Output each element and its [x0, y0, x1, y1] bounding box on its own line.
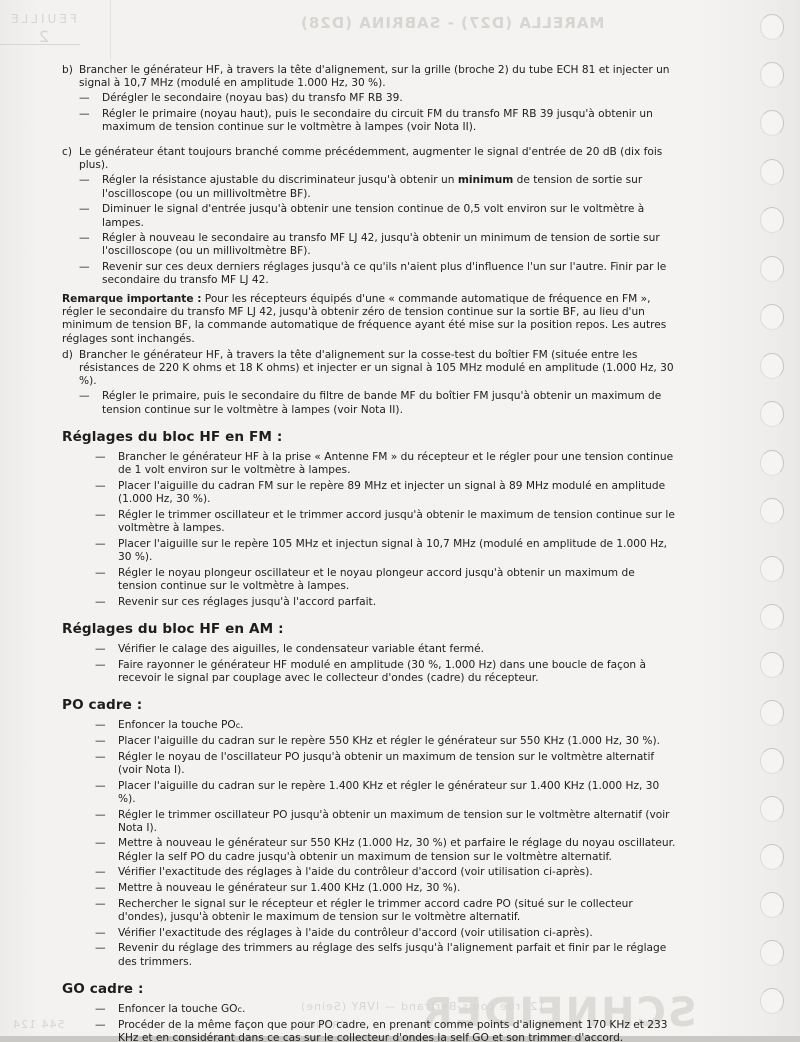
dash-bullet-icon: —	[79, 92, 90, 105]
step-text: Placer l'aiguille du cadran FM sur le re…	[118, 480, 665, 505]
dash-bullet-icon: —	[79, 232, 90, 245]
list-item: —Régler la résistance ajustable du discr…	[79, 174, 677, 200]
step-text: Régler le trimmer oscillateur PO jusqu'à…	[118, 809, 670, 834]
heading-po-cadre: PO cadre :	[62, 699, 677, 712]
dash-bullet-icon: —	[79, 203, 90, 216]
punch-hole-icon	[760, 892, 784, 918]
list-item: —Brancher le générateur HF à la prise « …	[95, 451, 677, 477]
list-item: —Régler le noyau plongeur oscillateur et…	[95, 567, 677, 593]
punch-hole-icon	[760, 14, 784, 40]
list-item: —Régler le noyau de l'oscillateur PO jus…	[95, 751, 677, 777]
list-item: —Régler le primaire (noyau haut), puis l…	[79, 108, 677, 134]
list-item: —Revenir du réglage des trimmers au régl…	[95, 942, 677, 968]
list-item: —Faire rayonner le générateur HF modulé …	[95, 659, 677, 685]
punch-hole-icon	[760, 159, 784, 185]
step-text: Régler le noyau de l'oscillateur PO jusq…	[118, 751, 654, 776]
list-item: —Enfoncer la touche GOc.	[95, 1003, 677, 1016]
list-item: —Régler le trimmer oscillateur PO jusqu'…	[95, 809, 677, 835]
step-text: Mettre à nouveau le générateur sur 550 K…	[118, 837, 675, 862]
section-d-letter: d)	[62, 349, 73, 362]
dash-bullet-icon: —	[95, 567, 106, 580]
heading-go-cadre: GO cadre :	[62, 983, 677, 996]
step-text: Placer l'aiguille sur le repère 105 MHz …	[118, 538, 667, 563]
list-item: —Placer l'aiguille sur le repère 105 MHz…	[95, 538, 677, 564]
section-d-text: Brancher le générateur HF, à travers la …	[79, 349, 674, 387]
dash-bullet-icon: —	[95, 643, 106, 656]
dash-bullet-icon: —	[95, 942, 106, 955]
list-item: —Mettre à nouveau le générateur sur 550 …	[95, 837, 677, 863]
section-b-letter: b)	[62, 64, 73, 77]
section-b: b) Brancher le générateur HF, à travers …	[62, 64, 677, 135]
go-cadre-steps: —Enfoncer la touche GOc. —Procéder de la…	[95, 1003, 677, 1042]
step-text: Revenir du réglage des trimmers au régla…	[118, 942, 666, 967]
dash-bullet-icon: —	[95, 451, 106, 464]
dash-bullet-icon: —	[95, 809, 106, 822]
step-text: Enfoncer la touche GO	[118, 1003, 238, 1015]
list-item: —Régler le trimmer oscillateur et le tri…	[95, 509, 677, 535]
list-item: —Enfoncer la touche POc.	[95, 719, 677, 732]
list-item: —Placer l'aiguille du cadran sur le repè…	[95, 735, 677, 748]
punch-hole-icon	[760, 988, 784, 1014]
punch-hole-icon	[760, 700, 784, 726]
punch-hole-icon	[760, 498, 784, 524]
list-item: —Diminuer le signal d'entrée jusqu'à obt…	[79, 203, 677, 229]
document-body: b) Brancher le générateur HF, à travers …	[62, 64, 677, 1042]
list-item: —Revenir sur ces réglages jusqu'à l'acco…	[95, 596, 677, 609]
section-c-steps: —Régler la résistance ajustable du discr…	[79, 174, 677, 287]
list-item: —Vérifier l'exactitude des réglages à l'…	[95, 866, 677, 879]
punch-hole-icon	[760, 556, 784, 582]
list-item: —Placer l'aiguille du cadran FM sur le r…	[95, 480, 677, 506]
step-text: Rechercher le signal sur le récepteur et…	[118, 898, 633, 923]
punch-hole-icon	[760, 604, 784, 630]
section-d-intro: d) Brancher le générateur HF, à travers …	[62, 349, 677, 389]
section-c: c) Le générateur étant toujours branché …	[62, 146, 677, 288]
dash-bullet-icon: —	[95, 596, 106, 609]
section-b-steps: —Dérégler le secondaire (noyau bas) du t…	[79, 92, 677, 134]
punch-hole-icon	[760, 401, 784, 427]
list-item: —Régler le primaire, puis le secondaire …	[79, 390, 677, 416]
list-item: —Procéder de la même façon que pour PO c…	[95, 1019, 677, 1042]
step-text: Mettre à nouveau le générateur sur 1.400…	[118, 882, 460, 894]
punch-hole-icon	[760, 62, 784, 88]
list-item: —Mettre à nouveau le générateur sur 1.40…	[95, 882, 677, 895]
binder-holes	[758, 0, 788, 1042]
punch-hole-icon	[760, 940, 784, 966]
step-text: Revenir sur ces deux derniers réglages j…	[102, 261, 666, 286]
show-through-ref: 544 124	[12, 1018, 65, 1031]
dash-bullet-icon: —	[95, 735, 106, 748]
dash-bullet-icon: —	[95, 837, 106, 850]
punch-hole-icon	[760, 652, 784, 678]
step-text: Vérifier l'exactitude des réglages à l'a…	[118, 927, 593, 939]
step-text: .	[242, 1003, 245, 1015]
step-text: Diminuer le signal d'entrée jusqu'à obte…	[102, 203, 644, 228]
step-text: Enfoncer la touche PO	[118, 719, 236, 731]
section-d: d) Brancher le générateur HF, à travers …	[62, 349, 677, 417]
show-through-header: MARELLA (D27) - SABRINA (D28)	[300, 14, 604, 32]
section-b-intro: b) Brancher le générateur HF, à travers …	[62, 64, 677, 90]
punch-hole-icon	[760, 748, 784, 774]
emphasis-text: minimum	[458, 174, 513, 186]
list-item: —Régler à nouveau le secondaire au trans…	[79, 232, 677, 258]
dash-bullet-icon: —	[95, 1019, 106, 1032]
dash-bullet-icon: —	[95, 719, 106, 732]
step-text: Régler la résistance ajustable du discri…	[102, 174, 458, 186]
list-item: —Vérifier le calage des aiguilles, le co…	[95, 643, 677, 656]
punch-hole-icon	[760, 304, 784, 330]
section-c-text: Le générateur étant toujours branché com…	[79, 146, 662, 171]
dash-bullet-icon: —	[95, 480, 106, 493]
punch-hole-icon	[760, 844, 784, 870]
punch-hole-icon	[760, 256, 784, 282]
section-b-text: Brancher le générateur HF, à travers la …	[79, 64, 670, 89]
remarque-paragraph: Remarque importante : Pour les récepteur…	[62, 293, 677, 346]
dash-bullet-icon: —	[95, 780, 106, 793]
section-d-steps: —Régler le primaire, puis le secondaire …	[79, 390, 677, 416]
step-text: Régler le primaire, puis le secondaire d…	[102, 390, 661, 415]
header-rule	[0, 44, 80, 45]
dash-bullet-icon: —	[95, 659, 106, 672]
step-text: Revenir sur ces réglages jusqu'à l'accor…	[118, 596, 376, 608]
hf-fm-steps: —Brancher le générateur HF à la prise « …	[95, 451, 677, 609]
section-c-intro: c) Le générateur étant toujours branché …	[62, 146, 677, 172]
step-text: Vérifier le calage des aiguilles, le con…	[118, 643, 484, 655]
punch-hole-icon	[760, 353, 784, 379]
step-text: Régler le primaire (noyau haut), puis le…	[102, 108, 653, 133]
dash-bullet-icon: —	[79, 108, 90, 121]
heading-hf-fm: Réglages du bloc HF en FM :	[62, 431, 677, 444]
step-text: Brancher le générateur HF à la prise « A…	[118, 451, 673, 476]
step-text: Dérégler le secondaire (noyau bas) du tr…	[102, 92, 403, 104]
dash-bullet-icon: —	[79, 261, 90, 274]
header-divider	[110, 0, 111, 60]
dash-bullet-icon: —	[95, 751, 106, 764]
dash-bullet-icon: —	[95, 509, 106, 522]
dash-bullet-icon: —	[95, 927, 106, 940]
remarque-label: Remarque importante :	[62, 293, 201, 305]
list-item: —Placer l'aiguille du cadran sur le repè…	[95, 780, 677, 806]
punch-hole-icon	[760, 110, 784, 136]
dash-bullet-icon: —	[95, 1003, 106, 1016]
step-text: Régler le trimmer oscillateur et le trim…	[118, 509, 675, 534]
list-item: —Rechercher le signal sur le récepteur e…	[95, 898, 677, 924]
punch-hole-icon	[760, 207, 784, 233]
heading-hf-am: Réglages du bloc HF en AM :	[62, 623, 677, 636]
dash-bullet-icon: —	[95, 882, 106, 895]
dash-bullet-icon: —	[95, 898, 106, 911]
section-c-letter: c)	[62, 146, 72, 159]
step-text: Faire rayonner le générateur HF modulé e…	[118, 659, 646, 684]
hf-am-steps: —Vérifier le calage des aiguilles, le co…	[95, 643, 677, 685]
list-item: —Revenir sur ces deux derniers réglages …	[79, 261, 677, 287]
dash-bullet-icon: —	[79, 174, 90, 187]
punch-hole-icon	[760, 450, 784, 476]
step-text: .	[240, 719, 243, 731]
dash-bullet-icon: —	[95, 538, 106, 551]
list-item: —Dérégler le secondaire (noyau bas) du t…	[79, 92, 677, 105]
show-through-feuille-label: FEUILLE	[8, 10, 77, 28]
list-item: —Vérifier l'exactitude des réglages à l'…	[95, 927, 677, 940]
step-text: Placer l'aiguille du cadran sur le repèr…	[118, 735, 660, 747]
step-text: Procéder de la même façon que pour PO ca…	[118, 1019, 668, 1042]
dash-bullet-icon: —	[79, 390, 90, 403]
step-text: Placer l'aiguille du cadran sur le repèr…	[118, 780, 659, 805]
punch-hole-icon	[760, 796, 784, 822]
show-through-feuille: FEUILLE 2	[8, 10, 77, 46]
step-text: Régler le noyau plongeur oscillateur et …	[118, 567, 635, 592]
step-text: Vérifier l'exactitude des réglages à l'a…	[118, 866, 593, 878]
step-text: Régler à nouveau le secondaire au transf…	[102, 232, 660, 257]
dash-bullet-icon: —	[95, 866, 106, 879]
po-cadre-steps: —Enfoncer la touche POc. —Placer l'aigui…	[95, 719, 677, 968]
